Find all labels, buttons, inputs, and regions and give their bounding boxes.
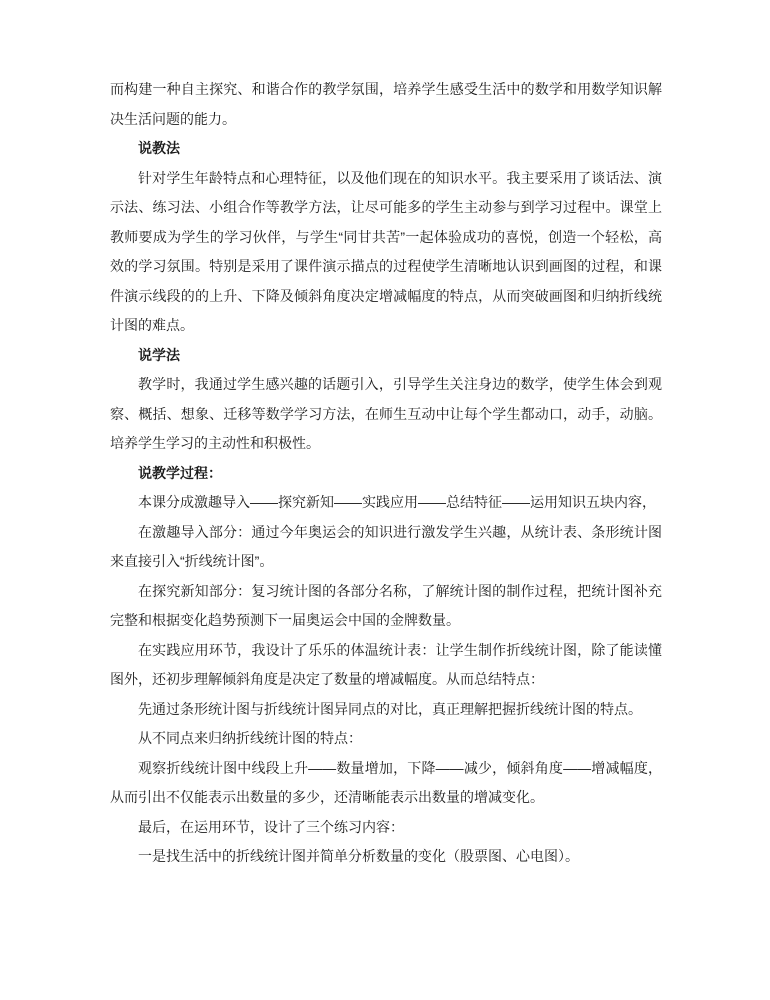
paragraph: 在探究新知部分：复习统计图的各部分名称，了解统计图的制作过程，把统计图补充完整和… <box>110 577 662 636</box>
paragraph: 最后，在运用环节，设计了三个练习内容： <box>110 813 662 843</box>
section-heading: 说教法 <box>110 134 662 164</box>
paragraph: 从不同点来归纳折线统计图的特点： <box>110 724 662 754</box>
section-heading: 说学法 <box>110 341 662 371</box>
paragraph: 先通过条形统计图与折线统计图异同点的对比，真正理解把握折线统计图的特点。 <box>110 695 662 725</box>
paragraph: 而构建一种自主探究、和谐合作的教学氛围，培养学生感受生活中的数学和用数学知识解决… <box>110 75 662 134</box>
paragraph: 本课分成激趣导入——探究新知——实践应用——总结特征——运用知识五块内容， <box>110 488 662 518</box>
paragraph: 一是找生活中的折线统计图并简单分析数量的变化（股票图、心电图）。 <box>110 842 662 872</box>
document-page: 而构建一种自主探究、和谐合作的教学氛围，培养学生感受生活中的数学和用数学知识解决… <box>0 0 770 1000</box>
section-heading: 说教学过程： <box>110 459 662 489</box>
paragraph: 观察折线统计图中线段上升——数量增加，下降——减少，倾斜角度——增减幅度，从而引… <box>110 754 662 813</box>
paragraph: 教学时，我通过学生感兴趣的话题引入，引导学生关注身边的数学，使学生体会到观察、概… <box>110 370 662 459</box>
document-body: 而构建一种自主探究、和谐合作的教学氛围，培养学生感受生活中的数学和用数学知识解决… <box>110 75 662 872</box>
paragraph: 针对学生年龄特点和心理特征，以及他们现在的知识水平。我主要采用了谈话法、演示法、… <box>110 164 662 341</box>
paragraph: 在实践应用环节，我设计了乐乐的体温统计表：让学生制作折线统计图，除了能读懂图外，… <box>110 636 662 695</box>
paragraph: 在激趣导入部分：通过今年奥运会的知识进行激发学生兴趣，从统计表、条形统计图来直接… <box>110 518 662 577</box>
